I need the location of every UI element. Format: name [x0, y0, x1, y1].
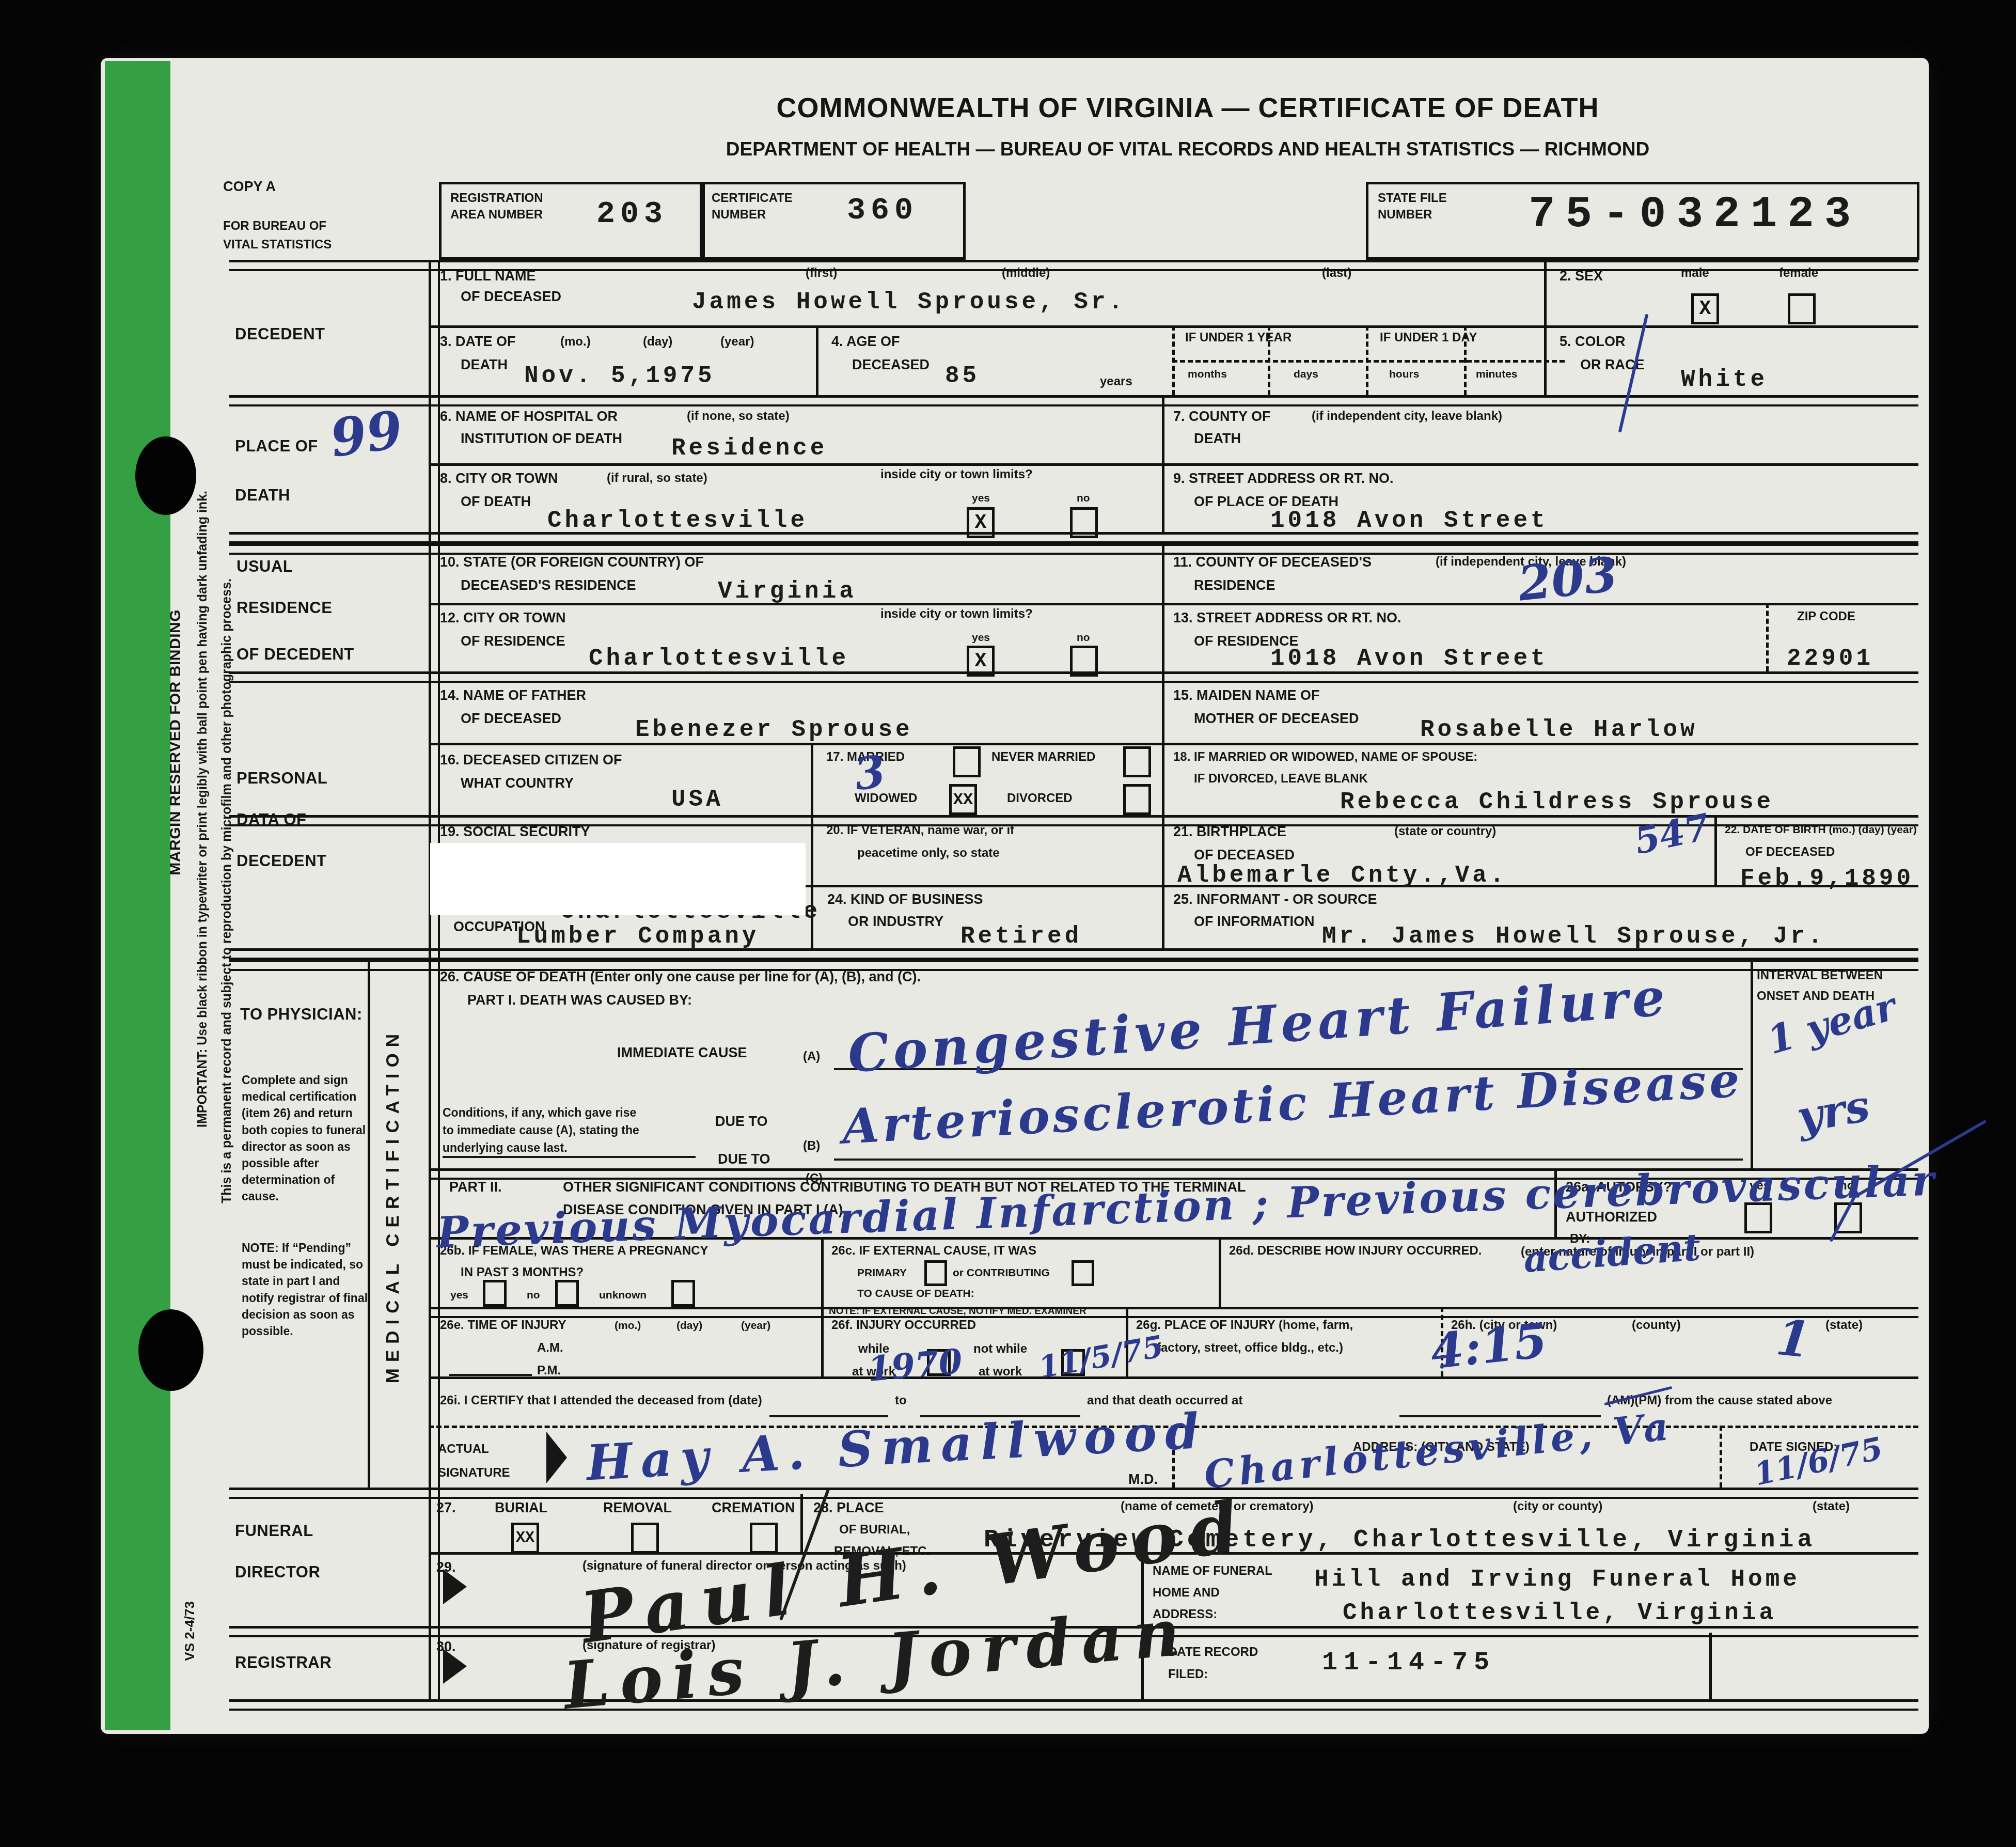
registration-area-number: 203 — [596, 199, 668, 230]
field16-label: 16. DECEASED CITIZEN OF — [440, 752, 622, 768]
certify-line1 — [769, 1415, 888, 1417]
field8-label2: OF DEATH — [461, 493, 531, 510]
field26e-mo: (mo.) — [615, 1319, 641, 1332]
divorced-label: DIVORCED — [1007, 791, 1073, 806]
zip-value: 22901 — [1787, 647, 1873, 670]
funeral-arrowhead-icon — [443, 1569, 467, 1604]
handwritten-99: 99 — [327, 403, 406, 464]
field26g-label2: factory, street, office bldg., etc.) — [1157, 1341, 1343, 1356]
rule — [229, 543, 1918, 555]
field7-label2: DEATH — [1194, 430, 1241, 447]
pregnancy-yes: yes — [450, 1289, 468, 1302]
part2-label: PART II. — [449, 1179, 502, 1195]
margin-binding-text: MARGIN RESERVED FOR BINDING — [166, 609, 185, 875]
pm-label: P.M. — [537, 1364, 561, 1379]
field26g-label: 26g. PLACE OF INJURY (home, farm, — [1136, 1318, 1353, 1333]
dob-value: Feb.9,1890 — [1740, 867, 1914, 890]
field3-mo: (mo.) — [560, 335, 591, 350]
section-of-decedent: OF DECEDENT — [237, 645, 354, 664]
street-residence-value: 1018 Avon Street — [1270, 647, 1548, 670]
certificate-number: 360 — [847, 195, 918, 226]
section-usual: USUAL — [237, 557, 293, 576]
divider — [811, 815, 813, 948]
field7-sub: (if independent city, leave blank) — [1312, 409, 1502, 424]
field21-label2: OF DECEASED — [1194, 847, 1295, 863]
certificate-title: COMMONWEALTH OF VIRGINIA — CERTIFICATE O… — [465, 92, 1911, 124]
due-to-b-label: DUE TO — [715, 1113, 768, 1130]
margin-important-text: IMPORTANT: Use black ribbon in typewrite… — [195, 491, 210, 1128]
divider — [1714, 815, 1717, 885]
certificate-number-label2: NUMBER — [712, 208, 766, 223]
rule — [229, 1699, 1918, 1711]
label-column-divider — [429, 260, 440, 1699]
limits-no-checkbox-1 — [1070, 507, 1098, 538]
under1day-label: IF UNDER 1 DAY — [1380, 331, 1477, 346]
limits-yes-checkbox-1: X — [967, 507, 995, 538]
birthplace-value: Albemarle Cnty.,Va. — [1177, 864, 1507, 887]
citizen-value: USA — [671, 788, 723, 811]
field16-label2: WHAT COUNTRY — [461, 775, 574, 791]
field22-label: 22. DATE OF BIRTH (mo.) (day) (year) — [1725, 823, 1917, 836]
field6-sub: (if none, so state) — [687, 409, 790, 424]
sex-male-checkbox: X — [1691, 293, 1719, 324]
field4-label: 4. AGE OF — [831, 333, 900, 350]
state-col-label: (state) — [1825, 1318, 1863, 1333]
divider — [1162, 815, 1164, 948]
field1-label2: OF DECEASED — [461, 288, 561, 305]
certify-to: to — [895, 1394, 907, 1408]
field9-label: 9. STREET ADDRESS OR RT. NO. — [1173, 470, 1394, 487]
notwhile-label: not while — [973, 1342, 1027, 1357]
field22-label2: OF DECEASED — [1745, 845, 1835, 860]
business-value: Retired — [960, 925, 1082, 948]
field4-label2: DECEASED — [852, 356, 930, 373]
sex-female-checkbox — [1788, 293, 1816, 324]
signature-arrowhead-icon — [546, 1432, 567, 1483]
divider — [821, 1307, 824, 1376]
medcert-strip-line — [368, 960, 370, 1488]
state-file-label2: NUMBER — [1378, 208, 1432, 223]
field3-label2: DEATH — [461, 356, 508, 373]
limits-label-2: inside city or town limits? — [880, 607, 1033, 622]
rule — [429, 1376, 1918, 1379]
divider — [1709, 1633, 1712, 1699]
pregnancy-unknown: unknown — [599, 1289, 647, 1302]
divider — [1219, 1237, 1221, 1307]
cause-part1: PART I. DEATH WAS CAUSED BY: — [467, 992, 692, 1008]
father-name-value: Ebenezer Sprouse — [635, 718, 913, 742]
county-col-label: (county) — [1632, 1318, 1681, 1333]
field5-label: 5. COLOR — [1560, 333, 1626, 350]
physician-note1: Complete and sign medical certification … — [242, 1072, 371, 1205]
institution-value: Residence — [671, 436, 827, 460]
section-funeral: FUNERAL — [235, 1521, 313, 1540]
field21-label: 21. BIRTHPLACE — [1173, 823, 1286, 840]
hours-label: hours — [1389, 368, 1419, 381]
binding-margin-stripe — [105, 61, 170, 1730]
removal-checkbox — [631, 1523, 659, 1554]
field3-day: (day) — [643, 335, 672, 350]
limits-yes-2: yes — [972, 631, 990, 644]
field26e-year: (year) — [741, 1319, 770, 1332]
funeral-home-value2: Charlottesville, Virginia — [1343, 1601, 1776, 1625]
cremation-checkbox — [750, 1523, 778, 1554]
section-medical-certification: MEDICAL CERTIFICATION — [382, 1028, 404, 1383]
divider-dashed — [1172, 325, 1175, 395]
race-value: White — [1681, 368, 1768, 392]
certify-time-handwritten: 4:15 — [1428, 1316, 1549, 1375]
field11-label: 11. COUNTY OF DECEASED'S — [1173, 554, 1372, 570]
notwhile-atwork-label: at work — [979, 1365, 1022, 1380]
death-certificate-scan: MARGIN RESERVED FOR BINDING IMPORTANT: U… — [0, 0, 2016, 1847]
divider — [811, 743, 813, 815]
zip-divider-dashed — [1766, 603, 1769, 671]
rule — [429, 1307, 1918, 1318]
due-to-c-label: DUE TO — [718, 1151, 770, 1167]
field26d-label: 26d. DESCRIBE HOW INJURY OCCURRED. — [1229, 1244, 1482, 1259]
section-data-of: DATA OF — [237, 810, 307, 829]
certify-text1: 26i. I CERTIFY that I attended the decea… — [440, 1394, 762, 1408]
section-director: DIRECTOR — [235, 1562, 320, 1582]
ssn-redaction-box — [430, 843, 806, 915]
field26b-label2: IN PAST 3 MONTHS? — [461, 1265, 584, 1280]
field8-sub: (if rural, so state) — [607, 471, 707, 486]
field25-label: 25. INFORMANT - OR SOURCE — [1173, 891, 1377, 907]
divider — [1162, 395, 1164, 532]
cause-head: 26. CAUSE OF DEATH (Enter only one cause… — [440, 968, 921, 985]
married-checkbox — [953, 746, 981, 777]
limits-yes-checkbox-2: X — [967, 646, 995, 677]
ampm-line — [449, 1374, 532, 1376]
mother-name-value: Rosabelle Harlow — [1420, 718, 1698, 742]
field20-label2: peacetime only, so state — [857, 846, 1000, 861]
sex-male-label: male — [1681, 266, 1709, 281]
field1-first: (first) — [806, 266, 837, 281]
city-residence-value: Charlottesville — [589, 647, 849, 670]
section-registrar: REGISTRAR — [235, 1653, 332, 1672]
months-label: months — [1188, 368, 1227, 381]
field1-label: 1. FULL NAME — [440, 268, 536, 284]
funeral-home-value1: Hill and Irving Funeral Home — [1314, 1568, 1800, 1591]
interval-divider — [1751, 960, 1753, 1168]
never-married-label: NEVER MARRIED — [991, 750, 1095, 765]
field10-label: 10. STATE (OR FOREIGN COUNTRY) OF — [440, 554, 704, 570]
section-residence: RESIDENCE — [237, 598, 332, 617]
divider-dashed — [1366, 325, 1368, 395]
section-death: DEATH — [235, 486, 290, 505]
field6-label: 6. NAME OF HOSPITAL OR — [440, 408, 618, 425]
field12-label2: OF RESIDENCE — [461, 633, 565, 649]
divider — [821, 1237, 824, 1307]
full-name-value: James Howell Sprouse, Sr. — [692, 290, 1126, 314]
field18-label2: IF DIVORCED, LEAVE BLANK — [1194, 772, 1368, 787]
burial-label: BURIAL — [495, 1499, 547, 1516]
punch-hole-top — [135, 436, 196, 515]
pregnancy-no-checkbox — [555, 1280, 579, 1307]
section-decedent2: DECEDENT — [237, 851, 327, 870]
field8-label: 8. CITY OR TOWN — [440, 470, 558, 487]
field27-number: 27. — [436, 1499, 456, 1516]
registration-area-label2: AREA NUMBER — [450, 208, 543, 223]
contributing-checkbox — [1072, 1260, 1094, 1286]
section-personal: PERSONAL — [237, 769, 327, 788]
divorced-checkbox — [1123, 784, 1151, 815]
divider — [1544, 260, 1547, 395]
limits-label-1: inside city or town limits? — [880, 467, 1033, 482]
field26f-label: 26f. INJURY OCCURRED — [831, 1318, 976, 1333]
removal-label: REMOVAL — [603, 1499, 672, 1516]
burial-checkbox: XX — [511, 1523, 539, 1554]
punch-hole-bottom — [138, 1309, 203, 1391]
rule — [229, 395, 1918, 406]
divider — [1162, 671, 1164, 815]
age-value: 85 — [945, 364, 980, 388]
divider-dashed — [1720, 1426, 1722, 1488]
cause-b-line — [834, 1159, 1743, 1161]
limits-no-2: no — [1077, 631, 1090, 644]
days-label: days — [1294, 368, 1318, 381]
field21-sub: (state or country) — [1394, 824, 1496, 839]
field6-label2: INSTITUTION OF DEATH — [461, 430, 622, 447]
field7-label: 7. COUNTY OF — [1173, 408, 1271, 425]
primary-checkbox — [924, 1260, 947, 1286]
field14-label2: OF DECEASED — [461, 710, 561, 727]
pregnancy-unknown-checkbox — [671, 1280, 695, 1307]
field26c-label: 26c. IF EXTERNAL CAUSE, IT WAS — [831, 1244, 1036, 1259]
copy-for-line1: FOR BUREAU OF — [223, 219, 326, 234]
street-of-death-value: 1018 Avon Street — [1270, 509, 1548, 533]
cremation-label: CREMATION — [712, 1499, 795, 1516]
cause-b-label: (B) — [803, 1139, 820, 1154]
field15-label: 15. MAIDEN NAME OF — [1173, 687, 1320, 703]
state-file-number: 75-032123 — [1529, 192, 1861, 237]
pregnancy-no: no — [527, 1289, 540, 1302]
rule — [429, 603, 1918, 605]
spouse-value: Rebecca Childress Sprouse — [1340, 790, 1774, 814]
cause-a-label: (A) — [803, 1050, 820, 1065]
divider — [816, 325, 818, 395]
field26c-label2: TO CAUSE OF DEATH: — [857, 1287, 974, 1300]
state-handwritten-mark: 1 — [1774, 1313, 1813, 1365]
limits-no-1: no — [1077, 492, 1090, 505]
physician-note2: NOTE: If “Pending” must be indicated, so… — [242, 1240, 371, 1339]
field11-label2: RESIDENCE — [1194, 577, 1275, 593]
field1-middle: (middle) — [1002, 266, 1050, 281]
county-residence-handwritten: 203 — [1516, 550, 1620, 608]
field3-label: 3. DATE OF — [440, 333, 516, 350]
occupation-value2: Lumber Company — [516, 925, 759, 948]
certificate-subtitle: DEPARTMENT OF HEALTH — BUREAU OF VITAL R… — [465, 138, 1911, 160]
citycounty-sub: (city or county) — [1513, 1499, 1602, 1514]
limits-yes-1: yes — [972, 492, 990, 505]
field18-label: 18. IF MARRIED OR WIDOWED, NAME OF SPOUS… — [1173, 750, 1477, 765]
under1year-label: IF UNDER 1 YEAR — [1185, 331, 1291, 346]
actual-label: ACTUAL — [438, 1442, 489, 1457]
registration-area-label1: REGISTRATION — [450, 191, 543, 206]
state-sub: (state) — [1813, 1499, 1850, 1514]
divider — [1162, 543, 1164, 671]
field14-label: 14. NAME OF FATHER — [440, 687, 586, 703]
field24-label: 24. KIND OF BUSINESS — [827, 891, 983, 907]
divider — [800, 1494, 803, 1552]
form-number: VS 2-4/73 — [182, 1601, 198, 1661]
field26e-day: (day) — [676, 1319, 702, 1332]
field25-label2: OF INFORMATION — [1194, 913, 1314, 930]
rule — [429, 463, 1918, 466]
section-to-physician: TO PHYSICIAN: — [240, 1005, 369, 1024]
conditions-line3: underlying cause last. — [443, 1139, 696, 1158]
certificate-number-label1: CERTIFICATE — [712, 191, 793, 206]
field12-label: 12. CITY OR TOWN — [440, 609, 566, 626]
field15-label2: MOTHER OF DECEASED — [1194, 710, 1359, 727]
field19-label: 19. SOCIAL SECURITY — [440, 823, 590, 840]
interval-label1: INTERVAL BETWEEN — [1757, 968, 1883, 983]
age-years-label: years — [1100, 374, 1132, 389]
pregnancy-yes-checkbox — [483, 1280, 507, 1307]
sex-female-label: female — [1779, 266, 1818, 281]
signature-label: SIGNATURE — [438, 1466, 510, 1481]
never-married-checkbox — [1123, 746, 1151, 777]
widowed-checkbox: XX — [949, 784, 977, 815]
limits-no-checkbox-2 — [1070, 646, 1098, 677]
section-decedent: DECEDENT — [235, 324, 325, 343]
minutes-label: minutes — [1476, 368, 1518, 381]
field26c-note: NOTE: IF EXTERNAL CAUSE, NOTIFY MED. EXA… — [829, 1306, 1086, 1317]
city-of-death-value: Charlottesville — [547, 509, 808, 533]
zip-label: ZIP CODE — [1797, 609, 1855, 624]
conditions-line1: Conditions, if any, which gave rise — [443, 1104, 696, 1121]
informant-value: Mr. James Howell Sprouse, Jr. — [1322, 925, 1825, 948]
field20-label: 20. IF VETERAN, name war, or if — [826, 823, 1014, 838]
state-residence-value: Virginia — [718, 580, 857, 603]
copy-for-line2: VITAL STATISTICS — [223, 238, 332, 253]
conditions-line2: to immediate cause (A), stating the — [443, 1122, 696, 1138]
handwritten-3: 3 — [852, 749, 888, 797]
field3-year: (year) — [720, 335, 754, 350]
field1-last: (last) — [1322, 266, 1351, 281]
field10-label2: DECEASED'S RESIDENCE — [461, 577, 636, 593]
md-label: M.D. — [1128, 1471, 1158, 1488]
primary-label: PRIMARY — [857, 1266, 907, 1279]
copy-label: COPY A — [223, 178, 276, 195]
date-of-death-value: Nov. 5,1975 — [524, 364, 715, 388]
field2-label: 2. SEX — [1560, 268, 1603, 284]
field26e-label: 26e. TIME OF INJURY — [440, 1318, 566, 1333]
rule-dashed-under1 — [1172, 360, 1565, 363]
certify-from-handwritten: 1970 — [866, 1344, 964, 1386]
registrar-arrowhead-icon — [443, 1649, 467, 1684]
date-filed-value: 11-14-75 — [1322, 1650, 1495, 1676]
interval-b-handwritten: yrs — [1794, 1084, 1873, 1139]
field24-label2: OR INDUSTRY — [848, 913, 943, 930]
section-place-of: PLACE OF — [235, 436, 318, 456]
field13-label: 13. STREET ADDRESS OR RT. NO. — [1173, 609, 1401, 626]
state-file-label1: STATE FILE — [1378, 191, 1447, 206]
immediate-cause-label: IMMEDIATE CAUSE — [617, 1044, 747, 1061]
am-label: A.M. — [537, 1341, 563, 1356]
rule — [229, 948, 1918, 960]
rule — [229, 1488, 1918, 1499]
contributing-label: or CONTRIBUTING — [953, 1266, 1050, 1279]
part2-handwritten2: accident — [1522, 1228, 1702, 1278]
